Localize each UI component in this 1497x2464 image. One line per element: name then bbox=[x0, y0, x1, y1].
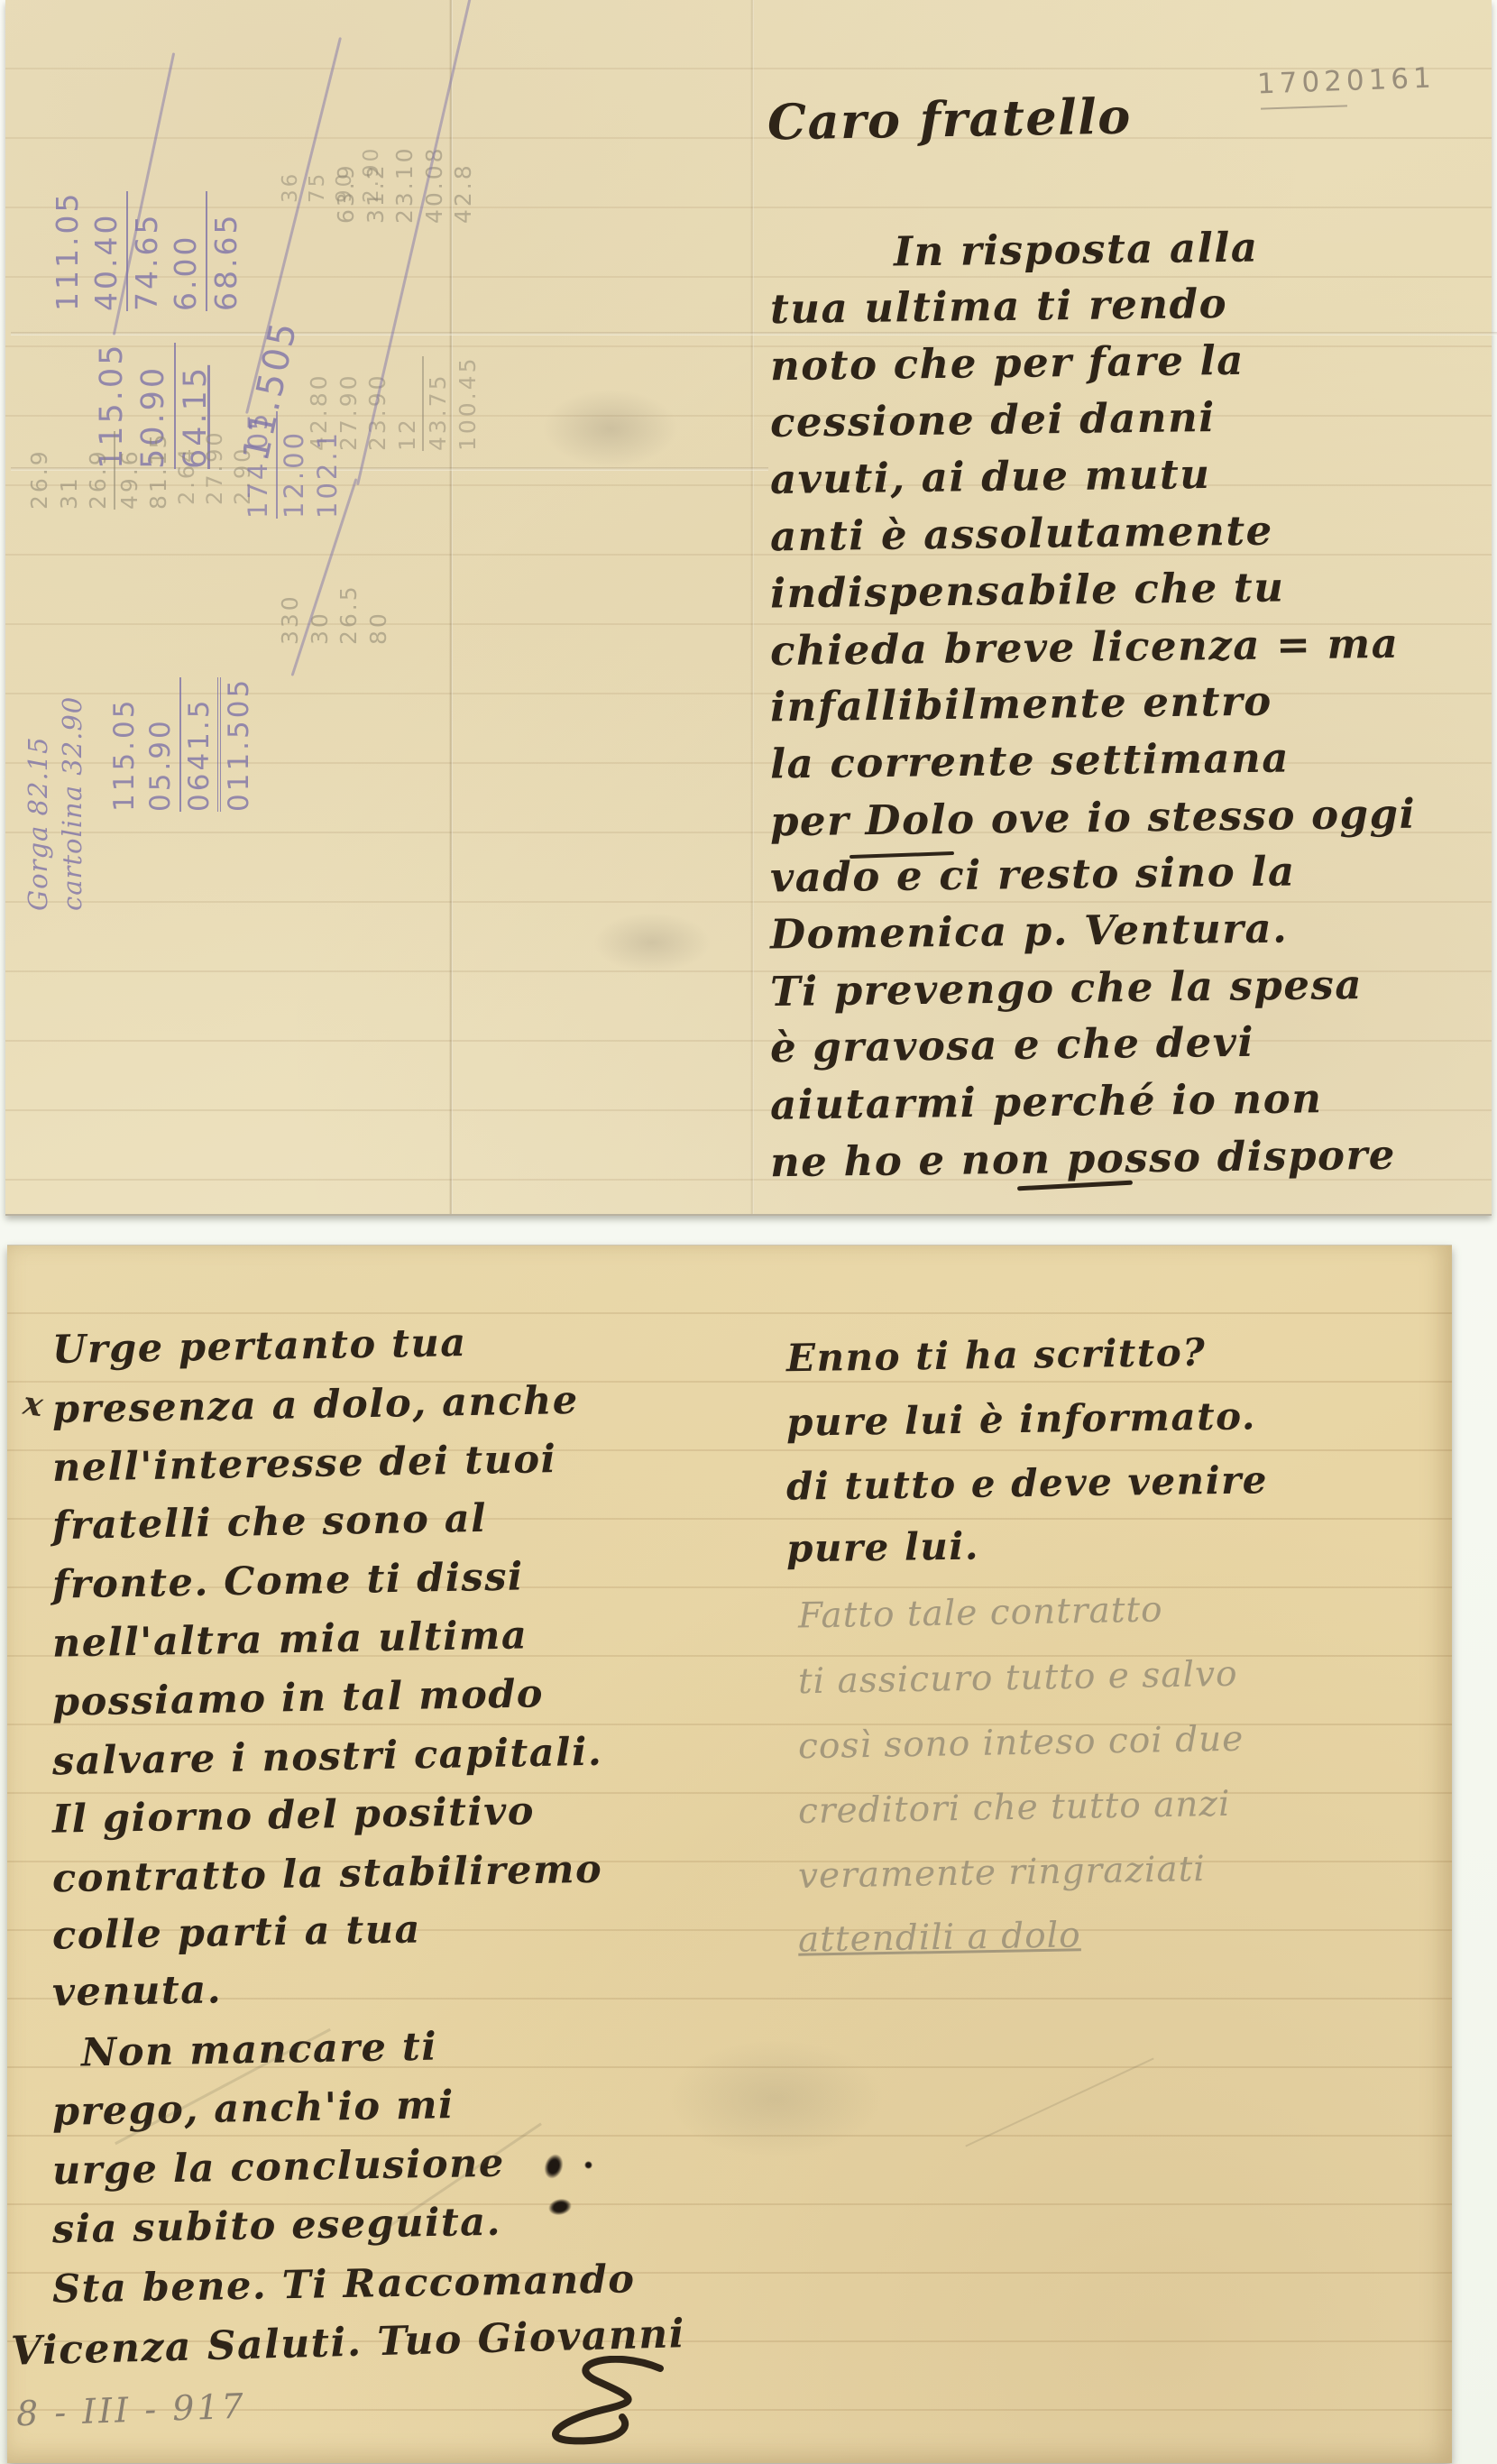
letter-line: chieda breve licenza = ma bbox=[770, 620, 1400, 676]
letter-line: cessione dei danni bbox=[770, 393, 1216, 446]
pencil-note-line: Fatto tale contratto bbox=[798, 1589, 1163, 1636]
letter-line: di tutto e deve venire bbox=[786, 1457, 1269, 1508]
letter-line: anti è assolutamente bbox=[770, 507, 1273, 561]
pencil-number: 26.9 bbox=[25, 431, 55, 510]
pencil-number: 42.8 bbox=[449, 145, 479, 224]
letter-line: venuta. bbox=[52, 1967, 223, 2015]
letter-line: contratto la stabiliremo bbox=[52, 1847, 603, 1902]
smudge bbox=[667, 2040, 884, 2157]
pencil-number: 174.05 bbox=[242, 411, 278, 519]
letter-line: Il giorno del positivo bbox=[52, 1788, 536, 1842]
pencil-number: 26.5 bbox=[335, 584, 364, 645]
letter-line: salvare i nostri capitali. bbox=[52, 1730, 603, 1785]
pencil-calc-group: 330 30 26.5 80 bbox=[276, 584, 393, 645]
pencil-number: 31 bbox=[55, 431, 85, 510]
pencil-calc-group: 115.05 05.90 0641.5 011.505 bbox=[106, 677, 257, 812]
letter-line: aiutarmi perché io non bbox=[770, 1074, 1323, 1128]
vertical-fold-crease bbox=[750, 0, 754, 1214]
pencil-number: 49.6 bbox=[115, 431, 145, 510]
letter-line: infallibilmente entro bbox=[770, 677, 1272, 731]
pencil-number: 43.75 bbox=[424, 356, 454, 451]
pencil-number: 80 bbox=[364, 584, 394, 645]
signature-flourish bbox=[505, 2356, 694, 2455]
archive-stamp-underline bbox=[1261, 105, 1347, 109]
pencil-note-sideways: Gorga 82.15 cartolina 32.90 bbox=[22, 696, 89, 911]
letter-line: presenza a dolo, anche bbox=[52, 1378, 579, 1432]
pencil-number: 23.10 bbox=[390, 145, 420, 224]
archive-stamp-number: 17020161 bbox=[1256, 62, 1436, 101]
letter-line: pure lui. bbox=[786, 1524, 980, 1571]
smudge bbox=[543, 390, 678, 467]
pencil-number: 68.65 bbox=[207, 191, 246, 311]
pencil-calc-group: 174.05 12.00 102.1 bbox=[242, 411, 345, 519]
letter-line: In risposta alla bbox=[894, 224, 1259, 276]
letter-line: Ti prevengo che la spesa bbox=[770, 961, 1364, 1016]
letter-line: è gravosa e che devi bbox=[770, 1018, 1255, 1072]
salutation: Caro fratello bbox=[767, 87, 1132, 151]
letter-line: per Dolo ove io stesso oggi bbox=[770, 790, 1417, 846]
letter-line: sia subito eseguita. bbox=[52, 2200, 502, 2253]
pencil-calc-group: 111.05 40.40 74.65 6.00 68.65 bbox=[49, 191, 245, 311]
pencil-calc-group: 26.9 31 26.9 49.6 81.15 bbox=[25, 431, 174, 510]
pencil-note-line: ti assicuro tutto e salvo bbox=[798, 1654, 1238, 1703]
letter-line: fratelli che sono al bbox=[52, 1496, 488, 1549]
pencil-number: 26.9 bbox=[84, 431, 115, 510]
letter-line: la corrente settimana bbox=[770, 733, 1290, 787]
pencil-number: 102.1 bbox=[311, 411, 345, 519]
pencil-number: 12.00 bbox=[278, 411, 312, 519]
letter-scan: 17020161 111.05 40.40 74.65 6.00 68.65 3… bbox=[0, 0, 1497, 2464]
pencil-number: 115.05 bbox=[106, 677, 142, 812]
pencil-number: 111.05 bbox=[49, 191, 87, 311]
pencil-label: cartolina 32.90 bbox=[56, 696, 90, 911]
pencil-note-line: creditori che tutto anzi bbox=[798, 1784, 1231, 1832]
letter-line: noto che per fare la bbox=[770, 336, 1244, 390]
letter-line: colle parti a tua bbox=[52, 1907, 422, 1958]
pencil-number: 0641.5 bbox=[181, 677, 221, 812]
pencil-number: 6.00 bbox=[167, 191, 207, 311]
pencil-number: 100.45 bbox=[454, 356, 483, 451]
letter-line: pure lui è informato. bbox=[786, 1393, 1257, 1444]
letter-line: tua ultima ti rendo bbox=[770, 280, 1228, 333]
pencil-number: 81.15 bbox=[144, 431, 174, 510]
letter-line: ne ho e non posso dispore bbox=[770, 1131, 1396, 1186]
pencil-number: 63.9 bbox=[332, 145, 362, 224]
pencil-number: 27.90 bbox=[201, 429, 229, 505]
letter-line: Enno ti ha scritto? bbox=[786, 1330, 1207, 1380]
pencil-number: 05.90 bbox=[142, 677, 180, 812]
pencil-number: 12 bbox=[393, 356, 425, 451]
letter-line: possiamo in tal modo bbox=[52, 1671, 545, 1725]
ruled-paper-page-1: 17020161 111.05 40.40 74.65 6.00 68.65 3… bbox=[5, 0, 1492, 1216]
pencil-note-line: attendili a dolo bbox=[798, 1915, 1081, 1960]
horizontal-fold-crease bbox=[11, 332, 1497, 336]
ink-blot bbox=[584, 2161, 592, 2169]
letter-line: fronte. Come ti dissi bbox=[52, 1554, 525, 1607]
pencil-calc-group: 63.9 31.2 23.10 40.08 42.8 bbox=[332, 145, 479, 224]
pencil-number: 011.505 bbox=[221, 677, 257, 812]
pencil-number: 74.65 bbox=[128, 191, 167, 311]
letter-line: avuti, ai due mutu bbox=[770, 450, 1211, 503]
pencil-label: Gorga 82.15 bbox=[22, 696, 56, 911]
letter-line: urge la conclusione bbox=[52, 2141, 506, 2194]
smudge bbox=[593, 913, 711, 972]
letter-line: Domenica p. Ventura. bbox=[770, 904, 1289, 958]
pencil-note-line: veramente ringraziati bbox=[798, 1849, 1207, 1897]
letter-line: indispensabile che tu bbox=[770, 564, 1285, 618]
letter-line: nell'altra mia ultima bbox=[52, 1613, 528, 1666]
date: 8 - III - 917 bbox=[15, 2386, 246, 2434]
pencil-number: 31.2 bbox=[362, 145, 391, 224]
pencil-number: 330 bbox=[276, 584, 306, 645]
pencil-number: 2.64 bbox=[173, 429, 201, 505]
letter-line: Urge pertanto tua bbox=[52, 1320, 467, 1373]
letter-line: prego, anch'io mi bbox=[52, 2082, 455, 2135]
letter-line: nell'interesse dei tuoi bbox=[52, 1437, 557, 1491]
pencil-note-line: così sono inteso coi due bbox=[798, 1719, 1244, 1768]
